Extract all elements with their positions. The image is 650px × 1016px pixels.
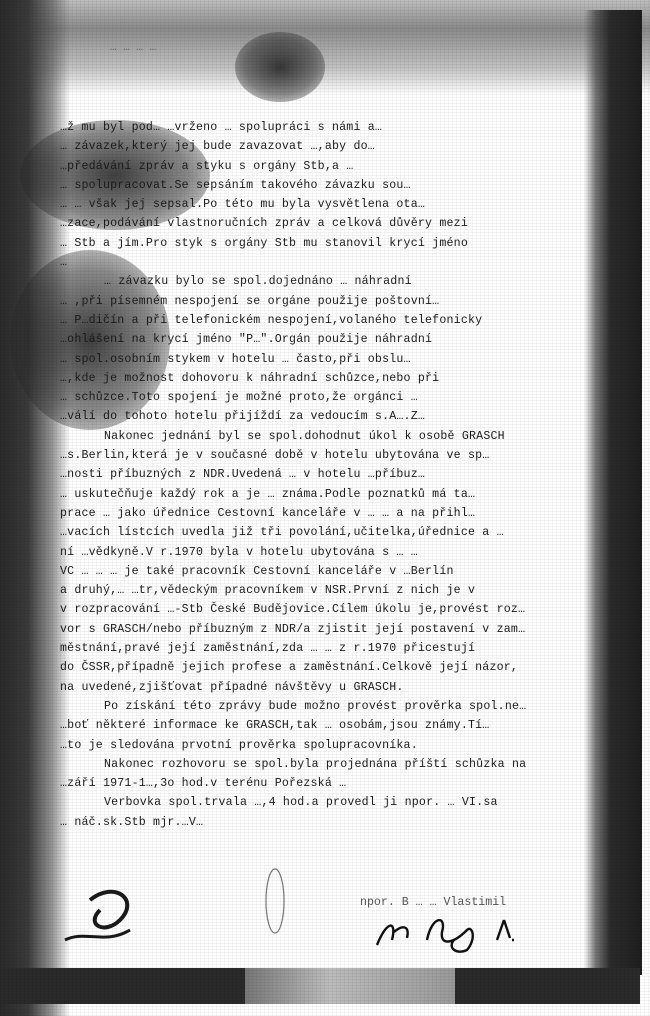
text-line: Nakonec jednání byl se spol.dohodnut úko… bbox=[60, 427, 620, 446]
text-line: …boť některé informace ke GRASCH,tak … o… bbox=[60, 716, 620, 735]
text-line: … … však jej sepsal.Po této mu byla vysv… bbox=[60, 195, 620, 214]
text-line: … bbox=[60, 253, 620, 272]
paragraph: …ž mu byl pod… …vrženo … spolupráci s ná… bbox=[60, 118, 620, 272]
text-line: městnání,pravé její zaměstnání,zda … … z… bbox=[60, 639, 620, 658]
text-line: ní …vědkyně.V r.1970 byla v hotelu ubyto… bbox=[60, 543, 620, 562]
text-line: …vacích lístcích uvedla již tři povolání… bbox=[60, 523, 620, 542]
text-line: a druhý,… …tr,vědeckým pracovníkem v NSR… bbox=[60, 581, 620, 600]
paragraph: Po získání této zprávy bude možno provés… bbox=[60, 697, 620, 755]
text-line: … uskutečňuje každý rok a je … známa.Pod… bbox=[60, 485, 620, 504]
text-line: … závazek,který jej bude zavazovat …,aby… bbox=[60, 137, 620, 156]
document-header: … … … … bbox=[110, 42, 530, 64]
scan-bottom-patch bbox=[245, 968, 455, 1004]
text-line: …válí do tohoto hotelu přijíždí za vedou… bbox=[60, 407, 620, 426]
text-line: …ohlášení na krycí jméno "P…".Orgán použ… bbox=[60, 330, 620, 349]
text-line: VC … … … je také pracovník Cestovní kanc… bbox=[60, 562, 620, 581]
signature-block: npor. B … … Vlastimil bbox=[360, 896, 620, 909]
typed-signature: npor. B … … Vlastimil bbox=[360, 896, 620, 909]
text-line: … P…dičín a při telefonickém nespojení,v… bbox=[60, 311, 620, 330]
text-line: …ž mu byl pod… …vrženo … spolupráci s ná… bbox=[60, 118, 620, 137]
paragraph: … závazku bylo se spol.dojednáno … náhra… bbox=[60, 272, 620, 426]
text-line: …září 1971-1…,3o hod.v terénu Pořezská … bbox=[60, 774, 620, 793]
document-body: …ž mu byl pod… …vrženo … spolupráci s ná… bbox=[60, 118, 620, 832]
text-line: …zace,podávání vlastnoručních zpráv a ce… bbox=[60, 214, 620, 233]
oval-mark-icon bbox=[262, 866, 288, 936]
text-line: …s.Berlin,která je v současné době v hot… bbox=[60, 446, 620, 465]
text-line: … ,při písemném nespojení se orgáne použ… bbox=[60, 292, 620, 311]
text-line: …,kde je možnost dohovoru k náhradní sch… bbox=[60, 369, 620, 388]
paragraph: Nakonec rozhovoru se spol.byla projednán… bbox=[60, 755, 620, 794]
handwritten-signature-icon bbox=[372, 910, 532, 955]
text-line: v rozpracování …-Stb České Budějovice.Cí… bbox=[60, 600, 620, 619]
handwritten-mark-icon bbox=[60, 880, 150, 950]
text-line: na uvedené,zjišťovat případné návštěvy u… bbox=[60, 678, 620, 697]
text-line: … spolupracovat.Se sepsáním takového záv… bbox=[60, 176, 620, 195]
paragraph: Nakonec jednání byl se spol.dohodnut úko… bbox=[60, 427, 620, 697]
text-line: vor s GRASCH/nebo příbuzným z NDR/a zjis… bbox=[60, 620, 620, 639]
text-line: … náč.sk.Stb mjr.…V… bbox=[60, 813, 620, 832]
text-line: …nosti příbuzných z NDR.Uvedená … v hote… bbox=[60, 465, 620, 484]
text-line: prace … jako úřednice Cestovní kanceláře… bbox=[60, 504, 620, 523]
text-line: … Stb a jím.Pro styk s orgány Stb mu sta… bbox=[60, 234, 620, 253]
text-line: do ČSSR,případně jejich profese a zaměst… bbox=[60, 658, 620, 677]
text-line: Nakonec rozhovoru se spol.byla projednán… bbox=[60, 755, 620, 774]
text-line: …předávání zpráv a styku s orgány Stb,a … bbox=[60, 157, 620, 176]
text-line: …to je sledována prvotní prověrka spolup… bbox=[60, 736, 620, 755]
text-line: … schůzce.Toto spojení je možné proto,že… bbox=[60, 388, 620, 407]
paragraph: Verbovka spol.trvala …,4 hod.a provedl j… bbox=[60, 793, 620, 832]
text-line: Po získání této zprávy bude možno provés… bbox=[60, 697, 620, 716]
text-line: … závazku bylo se spol.dojednáno … náhra… bbox=[60, 272, 620, 291]
text-line: … spol.osobním stykem v hotelu … často,p… bbox=[60, 350, 620, 369]
text-line: Verbovka spol.trvala …,4 hod.a provedl j… bbox=[60, 793, 620, 812]
